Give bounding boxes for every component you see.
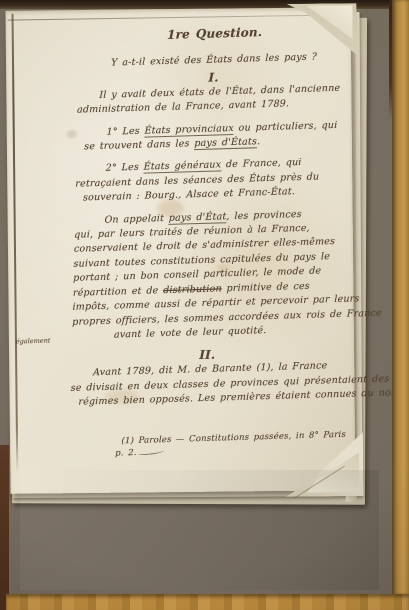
underlined-word: États provinciaux <box>144 123 234 138</box>
paragraph-text: avant le vote de leur quotité. <box>114 325 267 341</box>
struck-through-word: distribution <box>163 283 222 296</box>
paragraph-text: primitive de ces <box>222 280 310 294</box>
manuscript-title: 1re Question. <box>79 22 351 44</box>
handwriting-block: 1re Question. Y a-t-il existé des États … <box>69 22 351 460</box>
paragraph-text: On appelait <box>104 213 169 226</box>
item-text: . <box>257 136 260 147</box>
item-text: de France, qui <box>221 157 302 170</box>
cover-edge-bottom <box>6 594 409 610</box>
margin-insertion-note: également <box>16 333 51 348</box>
cover-edge-left <box>0 445 9 610</box>
paragraph-text: répartition et de <box>73 285 164 299</box>
manuscript-photo: 1re Question. Y a-t-il existé des États … <box>0 0 409 610</box>
paper-stain <box>67 130 77 138</box>
paragraph-text: , les provinces <box>226 209 301 222</box>
item-text: 2° Les <box>106 162 144 174</box>
underlined-word: pays d'États <box>194 136 257 150</box>
underlined-word: États généraux <box>144 160 222 174</box>
item-text: ou particuliers, qui <box>234 119 338 133</box>
manuscript-page: 1re Question. Y a-t-il existé des États … <box>5 7 355 494</box>
item-text: se trouvent dans les <box>84 138 194 152</box>
footnote-text: p. 2. <box>115 447 137 458</box>
underlined-word: pays d'État <box>169 211 227 225</box>
binding-gutter-line <box>12 14 19 474</box>
cover-edge-right <box>392 0 409 595</box>
item-text: 1° Les <box>106 125 144 137</box>
ink-flourish <box>139 448 165 456</box>
page-top-edge-line <box>8 14 341 20</box>
